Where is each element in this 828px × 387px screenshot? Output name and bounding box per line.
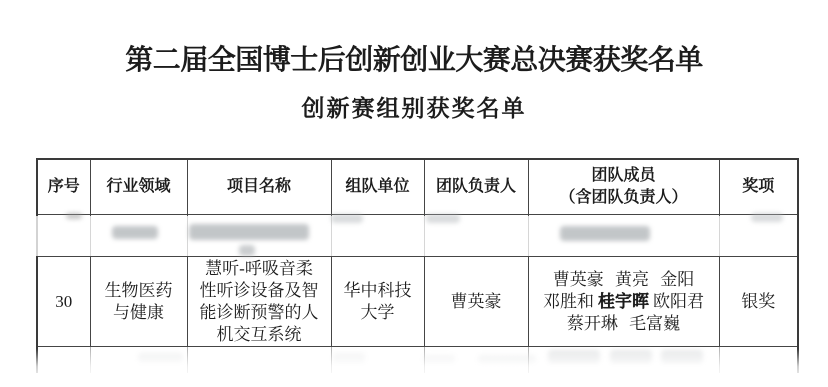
- col-header-award: 奖项: [719, 159, 798, 215]
- col-header-unit: 组队单位: [331, 159, 424, 215]
- unit-line: 华中科技: [332, 280, 424, 302]
- project-line: 能诊断预警的人: [188, 302, 331, 324]
- cell-members: 曹英豪 黄亮 金阳 邓胜和桂宇晖欧阳君 蔡开琳 毛富巍: [528, 257, 719, 347]
- document-page: 第二届全国博士后创新创业大赛总决赛获奖名单 创新赛组别获奖名单 序号 行业领域 …: [0, 0, 828, 387]
- members-header-note: （含团队负责人）: [529, 187, 719, 209]
- members-header-label: 团队成员: [529, 165, 719, 187]
- col-header-industry: 行业领域: [90, 159, 187, 215]
- page-subtitle: 创新赛组别获奖名单: [0, 90, 828, 123]
- project-line: 性听诊设备及智: [188, 280, 331, 302]
- members-line: 曹英豪 黄亮 金阳: [529, 269, 719, 291]
- industry-line: 生物医药: [91, 280, 187, 302]
- project-line: 机交互系统: [188, 324, 331, 346]
- redacted-blob: [66, 213, 82, 219]
- unit-line: 大学: [332, 302, 424, 324]
- bottom-fade: [0, 349, 828, 387]
- cell-industry: 生物医药 与健康: [90, 257, 187, 347]
- col-header-members: 团队成员 （含团队负责人）: [528, 159, 719, 215]
- members-line: 邓胜和桂宇晖欧阳君: [529, 291, 719, 313]
- project-line: 慧听-呼吸音柔: [188, 258, 331, 280]
- col-header-project: 项目名称: [187, 159, 331, 215]
- redacted-blob: [239, 245, 255, 256]
- page-title: 第二届全国博士后创新创业大赛总决赛获奖名单: [0, 38, 828, 78]
- award-row-30: 30 生物医药 与健康 慧听-呼吸音柔 性听诊设备及智 能诊断预警的人 机交互系…: [37, 257, 798, 347]
- redacted-blob: [331, 214, 363, 223]
- col-header-no: 序号: [37, 159, 90, 215]
- redacted-blob: [560, 226, 650, 241]
- member-name: 邓胜和: [543, 292, 594, 311]
- table-header-row: 序号 行业领域 项目名称 组队单位 团队负责人 团队成员 （含团队负责人） 奖项: [37, 159, 798, 215]
- col-header-leader: 团队负责人: [424, 159, 528, 215]
- cell-leader: 曹英豪: [424, 257, 528, 347]
- member-name-highlighted: 桂宇晖: [598, 292, 649, 311]
- members-line: 蔡开琳 毛富巍: [529, 313, 719, 335]
- redacted-blob: [426, 214, 460, 223]
- member-name: 欧阳君: [653, 292, 704, 311]
- redacted-blob: [751, 213, 783, 222]
- cell-unit: 华中科技 大学: [331, 257, 424, 347]
- industry-line: 与健康: [91, 302, 187, 324]
- awards-table: 序号 行业领域 项目名称 组队单位 团队负责人 团队成员 （含团队负责人） 奖项: [36, 158, 797, 373]
- redacted-blob: [189, 224, 309, 240]
- cell-no: 30: [37, 257, 90, 347]
- redacted-blob: [112, 226, 158, 239]
- cell-project: 慧听-呼吸音柔 性听诊设备及智 能诊断预警的人 机交互系统: [187, 257, 331, 347]
- cell-award: 银奖: [719, 257, 798, 347]
